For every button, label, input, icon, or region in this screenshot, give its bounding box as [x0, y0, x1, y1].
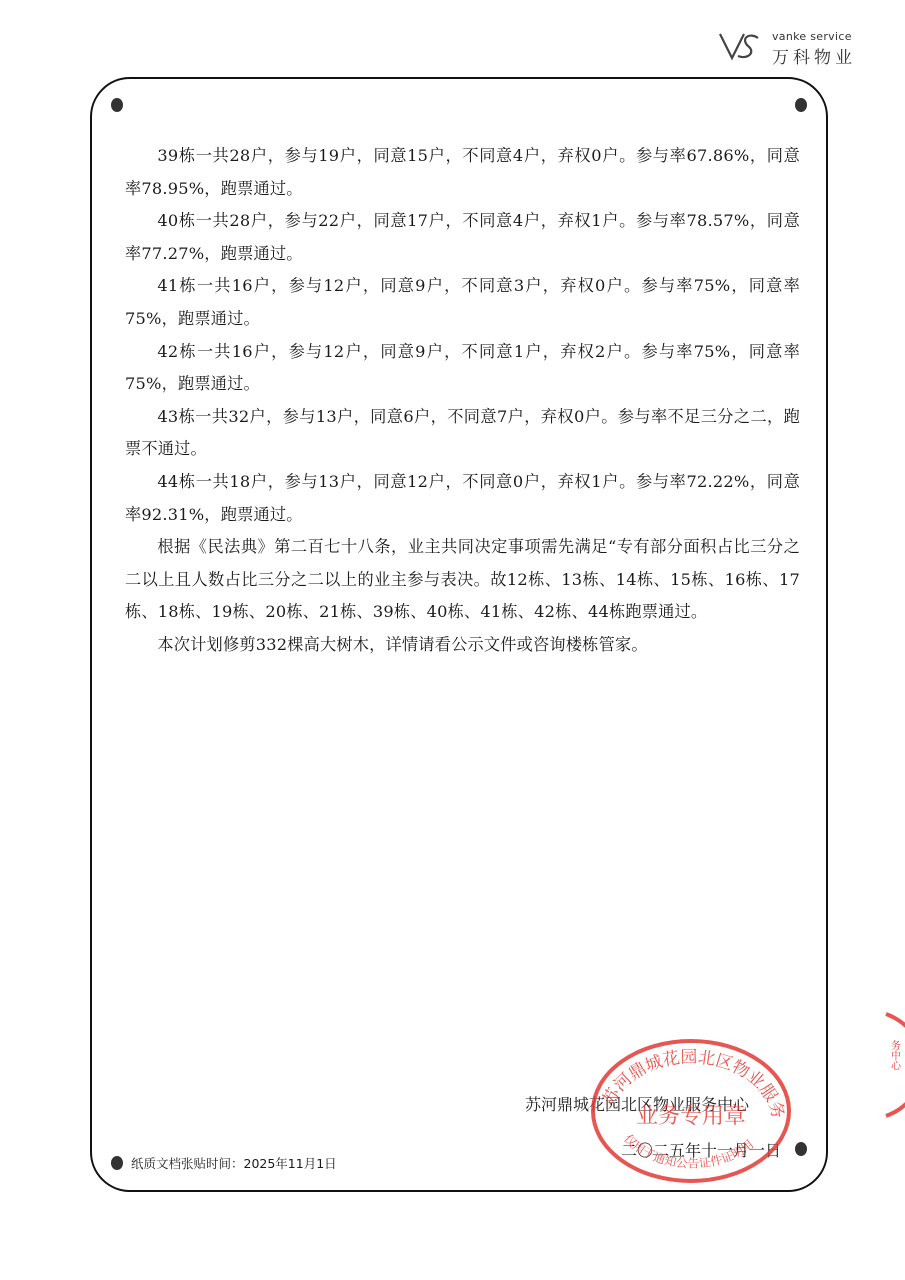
punch-hole-icon: [111, 98, 123, 112]
issuer-signature: 苏河鼎城花园北区物业服务中心: [525, 1092, 749, 1115]
vote-result-building-42: 42栋一共16户，参与12户，同意9户，不同意1户，弃权2户。参与率75%，同意…: [125, 336, 800, 401]
vote-result-building-43: 43栋一共32户，参与13户，同意6户，不同意7户，弃权0户。参与率不足三分之二…: [125, 401, 800, 466]
vanke-service-logo: vanke service 万科物业: [718, 26, 878, 66]
vote-result-building-41: 41栋一共16户，参与12户，同意9户，不同意3户，弃权0户。参与率75%，同意…: [125, 270, 800, 335]
punch-hole-icon: [795, 98, 807, 112]
punch-hole-icon: [111, 1156, 123, 1170]
punch-hole-icon: [795, 1142, 807, 1156]
legal-basis-paragraph: 根据《民法典》第二百七十八条，业主共同决定事项需先满足“专有部分面积占比三分之二…: [125, 531, 800, 629]
vote-result-building-44: 44栋一共18户，参与13户，同意12户，不同意0户，弃权1户。参与率72.22…: [125, 466, 800, 531]
vs-logo-icon: [718, 30, 764, 62]
brand-english-name: vanke service: [772, 30, 852, 43]
issue-date: 二〇二五年十一月一日: [621, 1138, 781, 1161]
partial-seal-text: 务中心: [889, 1039, 901, 1070]
notice-body: 39栋一共28户，参与19户，同意15户，不同意4户，弃权0户。参与率67.86…: [125, 140, 800, 662]
brand-chinese-name: 万科物业: [772, 43, 856, 68]
partial-seal-icon: 务中心: [878, 1010, 905, 1120]
posting-time: 纸质文档张贴时间：2025年11月1日: [131, 1154, 337, 1172]
pruning-plan-paragraph: 本次计划修剪332棵高大树木，详情请看公示文件或咨询楼栋管家。: [125, 629, 800, 662]
vote-result-building-39: 39栋一共28户，参与19户，同意15户，不同意4户，弃权0户。参与率67.86…: [125, 140, 800, 205]
vote-result-building-40: 40栋一共28户，参与22户，同意17户，不同意4户，弃权1户。参与率78.57…: [125, 205, 800, 270]
